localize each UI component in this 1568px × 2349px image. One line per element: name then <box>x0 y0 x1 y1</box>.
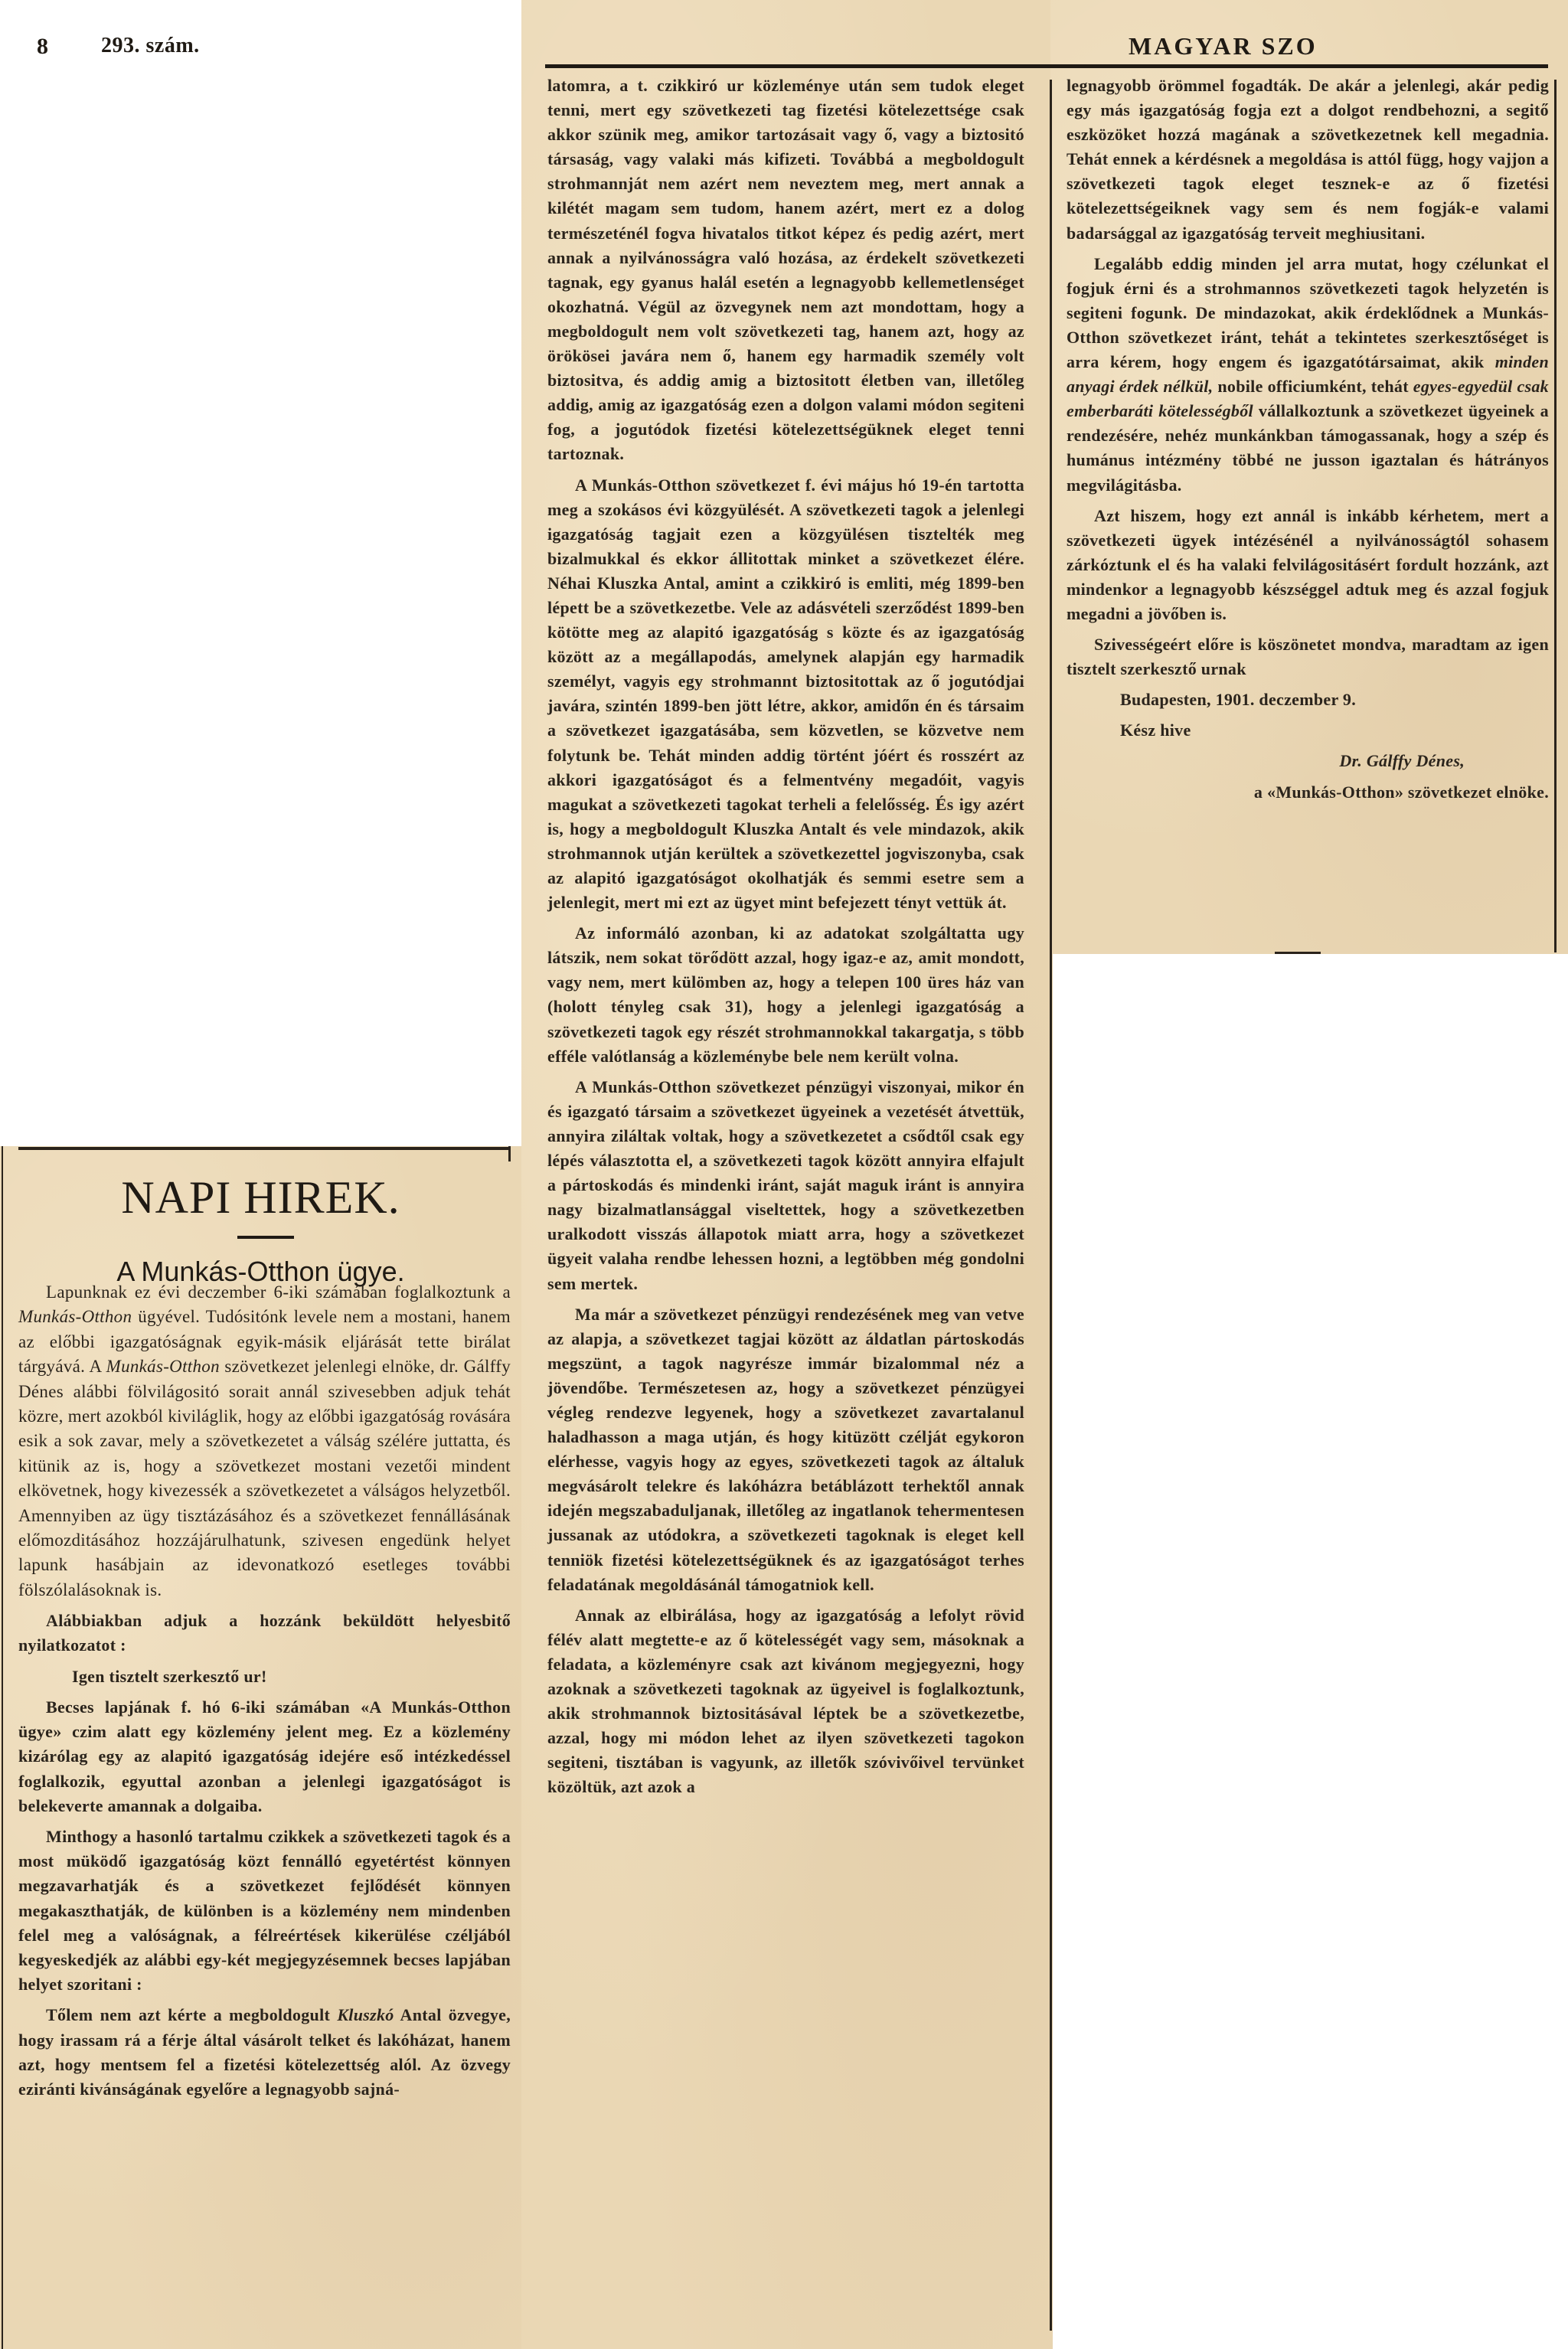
paragraph: Az informáló azonban, ki az adatokat szo… <box>547 921 1024 1069</box>
column-divider <box>1050 80 1052 2331</box>
paragraph: A Munkás-Otthon szövetkezet pénzügyi vis… <box>547 1075 1024 1296</box>
header-rule <box>545 64 1050 68</box>
emphasis: Kluszkó <box>337 2005 394 2024</box>
emphasis: Munkás-Otthon <box>106 1357 220 1376</box>
emphasis: Munkás-Otthon <box>18 1307 132 1326</box>
article-end-rule <box>1275 952 1321 954</box>
article-column-middle: latomra, a t. czikkiró ur közleménye utá… <box>547 74 1024 1805</box>
paragraph-with-emphasis: Legalább eddig minden jel arra mutat, ho… <box>1067 252 1549 498</box>
newspaper-title: MAGYAR SZO <box>1129 32 1318 60</box>
column-divider-right <box>1554 80 1557 952</box>
header-rule-right <box>1050 64 1548 68</box>
intro-paragraph: Lapunknak ez évi deczember 6-iki számába… <box>18 1280 511 1602</box>
salutation: Igen tisztelt szerkesztő ur! <box>18 1665 511 1689</box>
paragraph: Ma már a szövetkezet pénzügyi rendezésén… <box>547 1302 1024 1597</box>
paragraph: latomra, a t. czikkiró ur közleménye utá… <box>547 74 1024 467</box>
issue-number: 293. szám. <box>101 34 200 61</box>
complimentary-close: Kész hive <box>1067 718 1549 743</box>
title-divider <box>237 1236 294 1239</box>
signature: Dr. Gálffy Dénes, <box>1067 749 1549 773</box>
text-run: Tőlem nem azt kérte a megboldogult <box>46 2005 337 2024</box>
paragraph: Becses lapjának f. hó 6-iki számában «A … <box>18 1695 511 1818</box>
paragraph-with-emphasis: Tőlem nem azt kérte a megboldogult Klusz… <box>18 2003 511 2102</box>
paragraph: legnagyobb örömmel fogadták. De akár a j… <box>1067 74 1549 246</box>
left-edge-rule <box>2 1146 3 2349</box>
text-run: Lapunknak ez évi deczember 6-iki számába… <box>46 1282 511 1302</box>
place-date: Budapesten, 1901. deczember 9. <box>1067 688 1549 712</box>
paragraph: Azt hiszem, hogy ezt annál is inkább kér… <box>1067 504 1549 626</box>
page-number: 8 <box>37 34 48 61</box>
paragraph: A Munkás-Otthon szövetkezet f. évi május… <box>547 473 1024 916</box>
paragraph: Alábbiakban adjuk a hozzánk beküldött he… <box>18 1609 511 1658</box>
section-top-rule <box>18 1147 510 1150</box>
signature-role: a «Munkás-Otthon» szövetkezet elnöke. <box>1067 780 1549 805</box>
text-run: szövetkezet jelenlegi elnöke, dr. Gálffy… <box>18 1357 511 1599</box>
paragraph: Annak az elbirálása, hogy az igazgatóság… <box>547 1603 1024 1800</box>
closing-paragraph: Szivességeért előre is köszönetet mondva… <box>1067 632 1549 681</box>
section-title: NAPI HIREK. <box>0 1171 521 1224</box>
text-run: nobile officiumként, tehát <box>1213 377 1413 396</box>
article-column-left: Lapunknak ez évi deczember 6-iki számába… <box>18 1280 511 2108</box>
text-run: Legalább eddig minden jel arra mutat, ho… <box>1067 254 1549 371</box>
article-column-right: legnagyobb örömmel fogadták. De akár a j… <box>1067 74 1549 811</box>
paragraph: Minthogy a hasonló tartalmu czikkek a sz… <box>18 1825 511 1997</box>
